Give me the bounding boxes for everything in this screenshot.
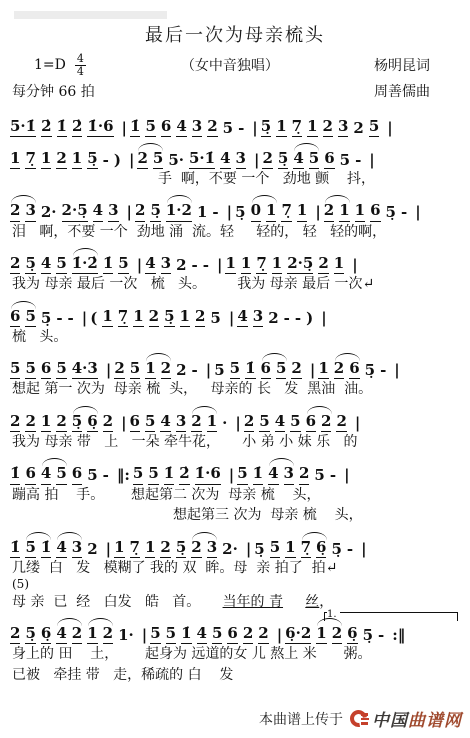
note-value: 3 <box>207 539 217 558</box>
note-token: 1̇ <box>245 360 255 379</box>
note-value: 6 <box>324 150 334 169</box>
lyric-line: 蹦高 拍 手。 想起第二 次为 母亲 梳 头， <box>12 486 470 506</box>
lyric-segment <box>283 594 305 610</box>
note-token: 2 <box>353 120 363 137</box>
note-token: 2 <box>103 625 113 644</box>
note-value: 2· <box>222 541 238 558</box>
note-value: 3 <box>176 413 186 432</box>
note-value: 1̇ <box>245 360 255 379</box>
note-token: 5 <box>25 539 35 558</box>
note-value: 2 <box>321 413 331 432</box>
note-token: 2̇ <box>179 465 189 484</box>
note-token: 2̇ <box>72 118 82 137</box>
note-token: 5 <box>270 539 280 558</box>
note-value: 2 <box>244 413 254 432</box>
note-value: - <box>192 362 198 379</box>
note-value: - <box>284 310 290 327</box>
note-value: 5 <box>314 467 324 484</box>
note-value: 2 <box>299 465 309 484</box>
note-token: - <box>203 257 209 274</box>
note-value: 5 <box>309 150 319 169</box>
note-token: 1 <box>297 202 307 221</box>
note-token: 2̇ <box>41 118 51 137</box>
note-token: 5 <box>56 255 66 274</box>
note-token: 2 <box>291 360 301 379</box>
note-token: 5̣ <box>254 541 264 558</box>
note-token: 2 <box>56 150 66 169</box>
note-value: 5 <box>212 625 222 644</box>
note-token: - <box>355 152 361 169</box>
lyric-underlined-segment: 当年的 青 <box>223 594 283 610</box>
note-value: | <box>252 120 257 137</box>
note-value: 7̣ <box>301 539 311 558</box>
note-token: 6 <box>161 118 171 137</box>
note-token: 5· <box>168 152 184 169</box>
note-value: 2 <box>336 413 346 432</box>
note-value: 2 <box>334 360 344 379</box>
note-value: 5 <box>145 413 155 432</box>
note-token: 6 <box>306 413 316 432</box>
note-value: 5 <box>10 360 20 379</box>
note-token: 3 <box>72 539 82 558</box>
note-value: 2·5̣ <box>62 202 88 221</box>
note-token: 5 <box>130 360 140 379</box>
note-value: ) <box>114 152 121 169</box>
note-token: 2 <box>10 202 20 221</box>
note-value: 7̣ <box>281 202 291 221</box>
note-token: 7̣ <box>25 150 35 169</box>
note-token: 5 <box>153 150 163 169</box>
key-label: 1=D <box>34 57 66 73</box>
note-value: 1̇ <box>103 255 113 274</box>
note-token: 3 <box>284 465 294 484</box>
note-value: 2 <box>10 202 20 221</box>
note-value: 4 <box>41 465 51 484</box>
notation-line: 22125̣6̣2|654321·|2545622| <box>10 403 470 432</box>
note-token: 4 <box>220 150 230 169</box>
note-token: 5 <box>214 362 224 379</box>
barline: | <box>122 120 127 137</box>
note-value: 5̣ <box>278 150 288 169</box>
note-value: 1·2 <box>166 202 192 221</box>
note-value: 1 <box>197 204 207 221</box>
note-value: 1 <box>207 413 217 432</box>
note-value: 5 <box>56 465 66 484</box>
note-token: 5 <box>56 465 66 484</box>
note-value: 2 <box>137 150 147 169</box>
note-value: | <box>127 204 132 221</box>
note-token: 1 <box>10 150 20 169</box>
note-value: | <box>227 204 232 221</box>
note-value: 6̣·2 <box>285 625 311 644</box>
note-token: 4 <box>160 413 170 432</box>
header-row: 1=D 4 4 （女中音独唱） 杨明昆词 <box>0 47 470 77</box>
note-value: 1 <box>180 308 190 327</box>
barline: | <box>415 204 420 221</box>
lyric-line: 我为 母亲 最后 一次 梳 头。 我为 母亲 最后 一次↵ <box>12 275 470 295</box>
note-value: 3 <box>161 255 171 274</box>
note-value: 2 <box>25 413 35 432</box>
note-value: | <box>344 467 349 484</box>
barline: | <box>387 120 392 137</box>
note-value: | <box>121 415 126 432</box>
meter-denominator: 4 <box>77 66 84 78</box>
note-value: 5̣ <box>164 308 174 327</box>
note-token: 5 <box>212 625 222 644</box>
note-token: - <box>68 310 74 327</box>
note-token: 5 <box>369 118 379 137</box>
note-value: 5 <box>145 118 155 137</box>
note-token: - <box>295 310 301 327</box>
note-value: | <box>122 120 127 137</box>
note-value: 1 <box>41 150 51 169</box>
note-value: 4 <box>56 539 66 558</box>
note-value: | <box>217 257 222 274</box>
note-value: 2 <box>324 202 334 221</box>
note-value: 2 <box>268 310 278 327</box>
barline: | <box>235 415 240 432</box>
note-value: 1 <box>266 202 276 221</box>
note-token: 1̇·6 <box>195 465 221 484</box>
note-token: 1 <box>285 539 295 558</box>
note-value: 7̣ <box>256 255 266 274</box>
note-value: 5·1̇ <box>10 118 36 137</box>
note-value: 5· <box>168 152 184 169</box>
note-value: | <box>82 310 87 327</box>
note-value: 2 <box>323 118 333 137</box>
note-value: 1 <box>145 539 155 558</box>
note-token: 1̇ <box>253 465 263 484</box>
note-value: 5̣ <box>235 204 245 221</box>
note-value: 2 <box>135 202 145 221</box>
upload-text: 本曲谱上传于 <box>259 709 343 729</box>
note-token: 5̣ <box>25 625 35 644</box>
note-token: 6̣ <box>41 625 51 644</box>
note-token: 2 <box>149 308 159 327</box>
note-token: 1 <box>180 308 190 327</box>
note-value: 5 <box>223 120 233 137</box>
note-value: 4 <box>56 625 66 644</box>
note-value: 2 <box>318 255 328 274</box>
note-token: 4 <box>41 255 51 274</box>
note-value: 5 <box>25 539 35 558</box>
note-value: ‖: <box>117 467 130 484</box>
note-token: 5 <box>290 413 300 432</box>
note-value: 6 <box>41 360 51 379</box>
barline: | <box>137 257 142 274</box>
note-token: 4 <box>197 625 207 644</box>
note-value: | <box>394 362 399 379</box>
barline: | <box>277 627 282 644</box>
note-value: 5̣ <box>41 310 51 327</box>
note-token: 2 <box>332 625 342 644</box>
note-value: | <box>106 362 111 379</box>
note-value: 5̣ <box>25 625 35 644</box>
note-value: | <box>129 152 134 169</box>
note-value: 6̣ <box>41 625 51 644</box>
note-token: 1̇ <box>10 465 20 484</box>
note-token: 2 <box>114 360 124 379</box>
note-value: 4 <box>268 465 278 484</box>
note-token: 7̣ <box>256 255 266 274</box>
note-value: 2̇ <box>41 118 51 137</box>
note-token: 2 <box>10 255 20 274</box>
note-value: 2 <box>332 625 342 644</box>
note-token: 2 <box>191 539 201 558</box>
note-value: 1 <box>225 255 235 274</box>
barline: | <box>352 257 357 274</box>
note-token: 5 <box>25 308 35 327</box>
note-token: 2 <box>103 413 113 432</box>
note-token: 5̣ <box>278 150 288 169</box>
note-token: 4 <box>56 625 66 644</box>
note-value: 5 <box>369 118 379 137</box>
note-value: 1̇ <box>41 539 51 558</box>
barline: | <box>106 362 111 379</box>
lyric-line: 泪 啊，不要 一个 劲地 涌 流。轻 轻的， 轻 轻的啊， <box>12 223 470 243</box>
note-value: 5 <box>259 413 269 432</box>
barline: | <box>344 467 349 484</box>
note-value: - <box>295 310 301 327</box>
note-token: 2 <box>299 465 309 484</box>
note-token: 2 <box>160 539 170 558</box>
note-token: - <box>56 310 62 327</box>
note-value: - <box>68 310 74 327</box>
note-value: | <box>352 257 357 274</box>
note-token: 5 <box>25 360 35 379</box>
note-token: 1 <box>41 413 51 432</box>
note-token: 2 <box>72 625 82 644</box>
note-token: 6 <box>261 360 271 379</box>
note-value: 4 <box>275 413 285 432</box>
note-token: 2 <box>161 360 171 379</box>
note-value: 1 <box>334 255 344 274</box>
note-value: 2 <box>72 625 82 644</box>
note-value: 6 <box>370 202 380 221</box>
note-value: 3 <box>284 465 294 484</box>
note-value: | <box>387 120 392 137</box>
note-value: 6 <box>161 118 171 137</box>
note-value: 4 <box>220 150 230 169</box>
note-token: 2 <box>244 413 254 432</box>
music-system: 232·2·5̣43|25̣1·21-|5̣017̣1|21165̣-|泪 啊，… <box>10 193 470 243</box>
music-system: 25̣451̇·2̇1̇5|432--|117̣12·5̣21|我为 母亲 最后… <box>10 245 470 295</box>
note-value: 6 <box>25 465 35 484</box>
notation-line: 5·1̇2̇1̇2̇1̇·6|1̇564325-|5̣17̣12325| <box>10 108 470 137</box>
note-token: 5 <box>230 360 240 379</box>
note-value: 1 <box>87 625 97 644</box>
note-token: 5̣ <box>164 308 174 327</box>
note-token: 5 <box>166 625 176 644</box>
note-value: 6̣ <box>87 413 97 432</box>
note-value: 1 <box>10 150 20 169</box>
note-value: 4·3 <box>72 360 98 379</box>
note-value: 1 <box>241 255 251 274</box>
note-value: - <box>401 204 407 221</box>
barline: | <box>127 204 132 221</box>
note-token: 6̣·2 <box>285 625 311 644</box>
note-value: 2·5̣ <box>287 255 313 274</box>
note-token: 1 <box>276 118 286 137</box>
note-token: · <box>222 415 227 432</box>
note-token: - <box>378 627 384 644</box>
key-signature: 1=D 4 4 <box>34 53 86 77</box>
note-value: | <box>277 627 282 644</box>
note-token: ) <box>114 152 121 169</box>
note-token: 5̣ <box>25 255 35 274</box>
lyric-segment: 母 亲 已 经 白发 皓 首。 <box>12 594 223 610</box>
note-token: - <box>212 204 218 221</box>
note-token: 2 <box>324 202 334 221</box>
note-value: 2̇ <box>72 118 82 137</box>
note-value: 6 <box>10 308 20 327</box>
note-token: 5̣ <box>363 627 373 644</box>
note-token: 2 <box>25 413 35 432</box>
note-value: 5 <box>210 310 220 327</box>
meter-numerator: 4 <box>75 53 86 66</box>
note-token: ( <box>90 310 97 327</box>
note-value: 1̇ <box>181 625 191 644</box>
note-token: 5 <box>340 152 350 169</box>
note-value: 7̣ <box>130 539 140 558</box>
note-token: 7̣ <box>118 308 128 327</box>
note-value: 5 <box>276 360 286 379</box>
note-token: 2 <box>176 257 186 274</box>
note-value: 4 <box>160 413 170 432</box>
note-value: 5̣ <box>87 150 97 169</box>
note-token: 1· <box>118 627 134 644</box>
note-value: - <box>203 257 209 274</box>
note-value: 2 <box>161 360 171 379</box>
note-value: 2 <box>10 255 20 274</box>
note-value: 5 <box>340 152 350 169</box>
note-value: 5 <box>270 539 280 558</box>
note-value: 2 <box>56 150 66 169</box>
barline: :‖ <box>392 627 405 644</box>
note-value: 1 <box>114 539 124 558</box>
note-token: 2 <box>336 413 346 432</box>
tempo-marking: 每分钟 66 拍 <box>12 81 95 101</box>
site-name: 中国曲谱网 <box>372 706 462 731</box>
note-token: 1 <box>355 202 365 221</box>
note-token: 1 <box>339 202 349 221</box>
barline: | <box>206 362 211 379</box>
header-row-2: 每分钟 66 拍 周善儒曲 <box>0 77 470 101</box>
note-value: 4 <box>176 118 186 137</box>
note-value: | <box>415 204 420 221</box>
note-value: 5·1̇ <box>189 150 215 169</box>
note-value: 7̣ <box>118 308 128 327</box>
note-token: 1 <box>102 308 112 327</box>
lyric-segment: ， <box>319 594 333 610</box>
note-value: | <box>310 362 315 379</box>
note-value: | <box>369 152 374 169</box>
note-token: - <box>284 310 290 327</box>
note-value: 5̣ <box>72 413 82 432</box>
note-token: 7̣ <box>292 118 302 137</box>
note-value: 1 <box>285 539 295 558</box>
lyric-line: 我为 母亲 带 上 一朵 牵牛花， 小 弟 小 妹 乐 的 <box>12 433 470 453</box>
note-token: 2 <box>207 118 217 137</box>
note-value: 5 <box>237 465 247 484</box>
note-token: 5̣ <box>235 204 245 221</box>
note-token: 5̣ <box>386 204 396 221</box>
note-value: - <box>355 152 361 169</box>
note-value: 2 <box>10 625 20 644</box>
note-token: 1̇·6 <box>87 118 113 137</box>
note-value: 5 <box>214 362 224 379</box>
note-value: | <box>206 362 211 379</box>
note-token: 7̣ <box>281 202 291 221</box>
note-token: 5 <box>118 255 128 274</box>
note-token: 1 <box>207 413 217 432</box>
note-value: | <box>106 541 111 558</box>
note-token: - <box>347 541 353 558</box>
note-token: 5̣ <box>41 310 51 327</box>
note-token: 1 <box>316 625 326 644</box>
note-value: 5 <box>290 413 300 432</box>
note-token: 4 <box>237 308 247 327</box>
lyric-line: 手 啊，不要 一个 劲地 颤 抖， <box>158 170 470 190</box>
note-token: 1 <box>318 360 328 379</box>
note-token: 2 <box>258 625 268 644</box>
note-value: 3 <box>236 150 246 169</box>
note-value: 1 <box>307 118 317 137</box>
music-system: 1̇64565-‖:551̇2̇1̇·6|51̇4325-|蹦高 拍 手。 想起… <box>10 456 470 526</box>
note-value: 5̣ <box>331 541 341 558</box>
note-token: 4 <box>268 465 278 484</box>
note-value: 2· <box>41 204 57 221</box>
note-token: 2 <box>243 625 253 644</box>
note-token: 2 <box>262 150 272 169</box>
note-value: ) <box>306 310 313 327</box>
note-value: 1̇·6 <box>195 465 221 484</box>
note-token: - <box>401 204 407 221</box>
note-value: 1̇ <box>57 118 67 137</box>
note-value: 6 <box>72 465 82 484</box>
note-value: 2 <box>191 539 201 558</box>
note-token: 6 <box>227 625 237 644</box>
note-token: 4 <box>93 202 103 221</box>
note-value: - <box>378 627 384 644</box>
note-token: 3 <box>236 150 246 169</box>
lyric-line: 身上的 田 土， 起身为 远道的女 儿 熬上 米 粥。 <box>12 645 470 665</box>
note-value: 1 <box>316 625 326 644</box>
note-token: 5̣ <box>87 150 97 169</box>
site-name-red: 曲谱网 <box>408 711 462 730</box>
note-token: 5 <box>148 465 158 484</box>
lyric-line: 已被 牵挂 带 走，稀疏的 白 发 <box>12 666 470 686</box>
note-token: 1 <box>334 255 344 274</box>
note-token: 2 <box>135 202 145 221</box>
note-value: 1 <box>133 308 143 327</box>
note-value: | <box>137 257 142 274</box>
note-token: 1·2 <box>166 202 192 221</box>
note-value: 1̇ <box>253 465 263 484</box>
barline: | <box>394 362 399 379</box>
note-value: 1 <box>41 413 51 432</box>
note-token: 2 <box>323 118 333 137</box>
note-token: 1̇ <box>130 118 140 137</box>
note-token: 5 <box>133 465 143 484</box>
note-value: 4 <box>197 625 207 644</box>
note-value: | <box>229 310 234 327</box>
note-token: 2 <box>56 413 66 432</box>
note-value: 2 <box>56 413 66 432</box>
note-token: - <box>192 257 198 274</box>
systems: 5·1̇2̇1̇2̇1̇·6|1̇564325-|5̣17̣12325|17̣1… <box>0 101 470 685</box>
note-value: 4 <box>145 255 155 274</box>
